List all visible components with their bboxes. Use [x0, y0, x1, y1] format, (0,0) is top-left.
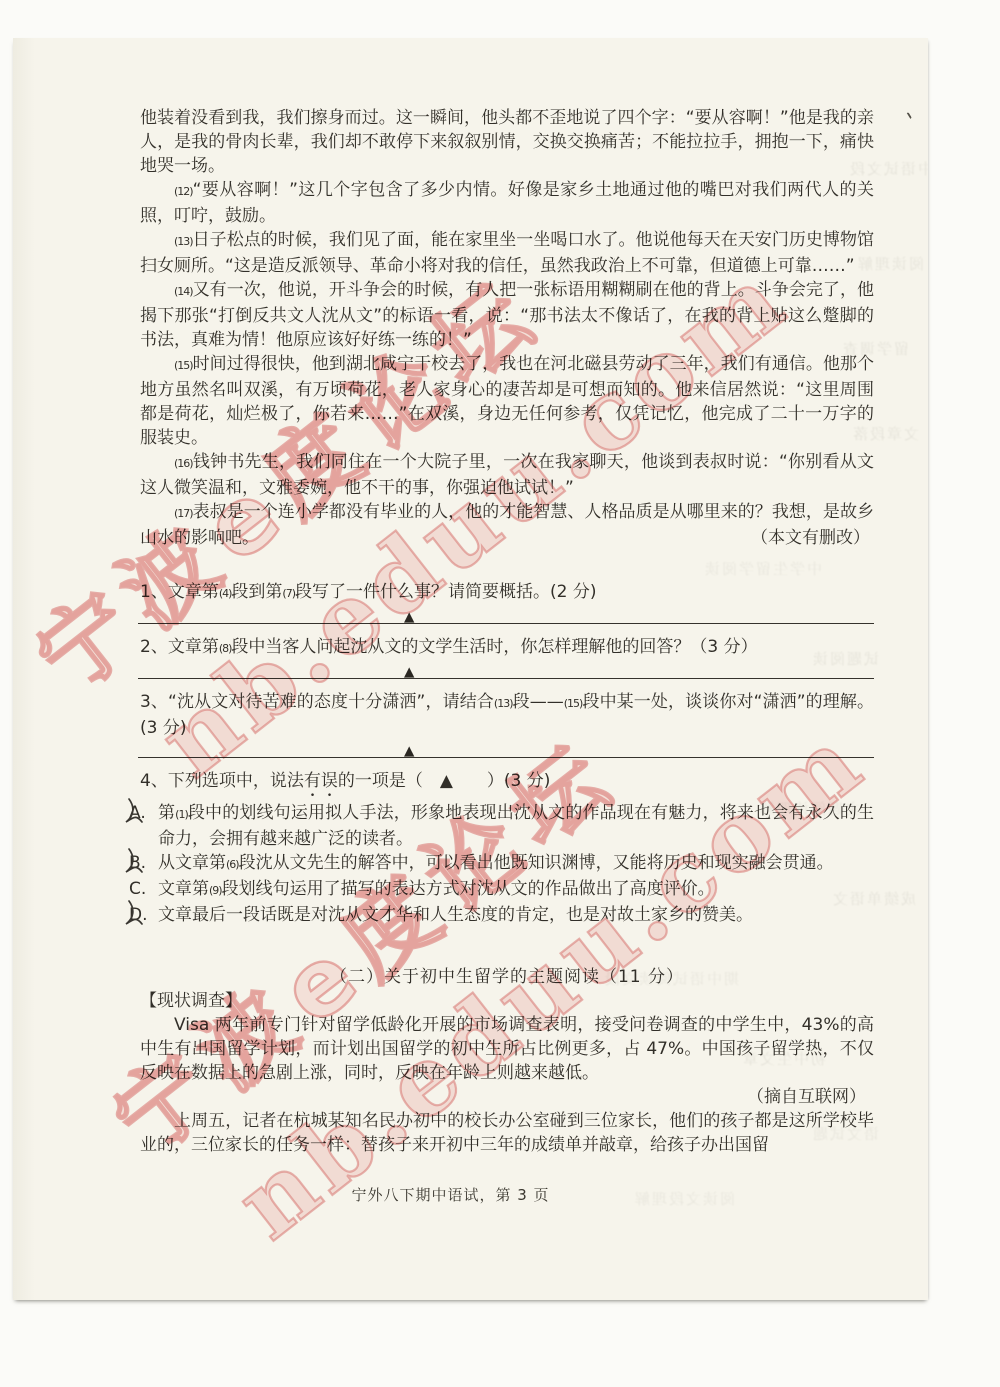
question-1-text: 1、文章第(4)段到第(7)段写了一件什么事？请简要概括。(2 分): [140, 580, 874, 606]
option-row-c: C. 文章第(9)段划线句运用了描写的表达方式对沈从文的作品做出了高度评价。: [129, 877, 874, 903]
survey-subheading: 【现状调查】: [140, 989, 874, 1013]
question-block: 1、文章第(4)段到第(7)段写了一件什么事？请简要概括。(2 分) ▲ 2、文…: [140, 580, 874, 927]
article-paragraph: (17)表叔是一个连小学都没有毕业的人，他的才能智慧、人格品质是从哪里来的？我想…: [140, 500, 874, 550]
check-mark: [124, 798, 144, 826]
emphasized-text: 有误: [304, 771, 338, 791]
answer-marker-triangle: ▲: [404, 664, 414, 680]
option-row-d: D. 文章最后一段话既是对沈从文才华和人生态度的肯定，也是对故土家乡的赞美。: [129, 903, 874, 927]
attribution-note: （本文有删改）: [751, 526, 870, 550]
answer-blank-line: ▲: [138, 743, 874, 758]
survey-paragraph: 上周五，记者在杭城某知名民办初中的校长办公室碰到三位家长，他们的孩子都是这所学校…: [140, 1109, 874, 1157]
option-letter-text: C.: [129, 879, 146, 899]
option-text: 文章最后一段话既是对沈从文才华和人生态度的肯定，也是对故土家乡的赞美。: [158, 903, 874, 927]
check-mark: [124, 848, 144, 876]
answer-marker-triangle: ▲: [404, 609, 414, 625]
question-4-post: 的一项是（ ▲ ）(3 分): [338, 771, 551, 791]
article-paragraph: (16)钱钟书先生，我们同住在一个大院子里，一次在我家聊天，他谈到表叔时说：“你…: [140, 450, 874, 500]
question-4-pre: 4、下列选项中，说法: [140, 771, 304, 791]
answer-marker-triangle: ▲: [404, 743, 414, 759]
question-4-text: 4、下列选项中，说法有误的一项是（ ▲ ）(3 分): [140, 769, 874, 801]
article-paragraph: (12)“要从容啊！”这几个字包含了多少内情。好像是家乡土地通过他的嘴巴对我们两…: [140, 178, 874, 228]
option-text: 文章第(9)段划线句运用了描写的表达方式对沈从文的作品做出了高度评价。: [158, 877, 874, 903]
option-text: 从文章第(6)段沈从文先生的解答中，可以看出他既知识渊博，又能将历史和现实融会贯…: [158, 851, 874, 877]
question-2-text: 2、文章第(8)段中当客人问起沈从文的文学生活时，你怎样理解他的回答？（3 分）: [140, 635, 874, 661]
section-heading: （二）关于初中生留学的主题阅读（11 分）: [140, 965, 874, 989]
option-letter: B.: [129, 851, 158, 877]
article-paragraph: (15)时间过得很快，他到湖北咸宁干校去了，我也在河北磁县劳动了三年，我们有通信…: [140, 352, 874, 450]
source-note: （摘自互联网）: [140, 1085, 874, 1109]
option-list: A. 第(1)段中的划线句运用拟人手法，形象地表现出沈从文的作品现在有魅力，将来…: [140, 801, 874, 927]
answer-blank-line: ▲: [138, 664, 874, 679]
option-letter: A.: [129, 801, 158, 851]
option-row-a: A. 第(1)段中的划线句运用拟人手法，形象地表现出沈从文的作品现在有魅力，将来…: [129, 801, 874, 851]
answer-blank-line: ▲: [138, 609, 874, 624]
scan-background: 期中语试文段 阅读理解 留学调查 文章段落 中学生留学阅读 试题阅读 主题阅读理…: [0, 0, 1000, 1387]
survey-paragraph: Visa 两年前专门针对留学低龄化开展的市场调查表明，接受问卷调查的中学生中，4…: [140, 1013, 874, 1085]
question-3-text: 3、“沈从文对待苦难的态度十分潇洒”，请结合(13)段——(15)段中某一处，谈…: [140, 690, 874, 740]
article-paragraph: (13)日子松点的时候，我们见了面，能在家里坐一坐喝口水了。他说他每天在天安门历…: [140, 228, 874, 278]
option-letter: D.: [129, 903, 158, 927]
exam-paper-page: 期中语试文段 阅读理解 留学调查 文章段落 中学生留学阅读 试题阅读 主题阅读理…: [13, 38, 928, 1300]
option-row-b: B. 从文章第(6)段沈从文先生的解答中，可以看出他既知识渊博，又能将历史和现实…: [129, 851, 874, 877]
option-text: 第(1)段中的划线句运用拟人手法，形象地表现出沈从文的作品现在有魅力，将来也会有…: [158, 801, 874, 851]
article-paragraph: 他装着没看到我，我们擦身而过。这一瞬间，他头都不歪地说了四个字：“要从容啊！”他…: [140, 106, 874, 178]
check-mark: [124, 900, 144, 928]
article-paragraph: (14)又有一次，他说，开斗争会的时候，有人把一张标语用糊糊刷在他的背上。斗争会…: [140, 278, 874, 352]
page-footer: 宁外八下期中语试，第 3 页: [13, 1184, 888, 1205]
article-body: 他装着没看到我，我们擦身而过。这一瞬间，他头都不歪地说了四个字：“要从容啊！”他…: [140, 106, 874, 1157]
